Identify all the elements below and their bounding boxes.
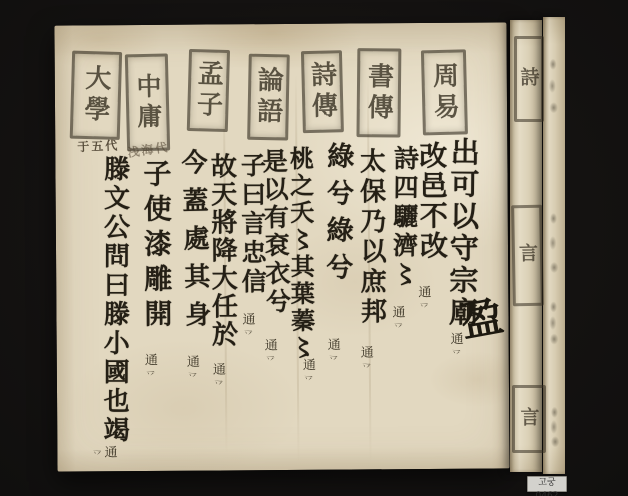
calligraphy-column: 今蓋處其身: [174, 148, 216, 339]
seal-stamp: 論語: [247, 54, 290, 141]
seal-stamp: 孟子: [187, 49, 230, 132]
ink-smudge: [546, 55, 560, 117]
grade-mark-tong: 通乊: [449, 332, 462, 359]
spine-seal-partial: 詩: [514, 36, 544, 122]
grade-flourish: 乊: [301, 373, 314, 386]
seal-stamp: 中庸: [125, 53, 170, 151]
grade-mark-tong: 通乊: [89, 445, 115, 471]
faint-annotation: 于五代: [77, 136, 120, 155]
grade-flourish: 乊: [185, 370, 198, 383]
grade-mark-tong: 通乊: [211, 362, 224, 389]
calligraphy-column: 滕文公問曰滕小國也竭: [96, 155, 134, 445]
museum-photo: 周易 書傳 詩傳 論語 孟子 中庸 大學 于五代 浅海代 出可以守宗廟 改邑不改…: [0, 0, 628, 496]
grade-mark-tong: 通乊: [240, 312, 253, 339]
grade-char: 通: [262, 338, 277, 351]
grade-flourish: 乊: [241, 327, 254, 340]
grade-char: 通: [300, 358, 315, 371]
ink-smudge: [548, 406, 561, 448]
seal-stamp: 大學: [70, 51, 122, 140]
grade-flourish: 乊: [211, 377, 224, 390]
grade-flourish: 乊: [416, 300, 429, 313]
grade-flourish: 乊: [449, 347, 462, 360]
grade-flourish: 乊: [263, 353, 276, 366]
grade-mark-tong: 通乊: [390, 305, 403, 332]
grade-char: 通: [448, 332, 463, 345]
grade-char: 通: [389, 305, 404, 318]
seal-stamp: 詩傳: [301, 50, 344, 133]
grade-char: 通: [325, 338, 340, 351]
ink-smudge: [547, 208, 560, 278]
manuscript-sheet: 周易 書傳 詩傳 論語 孟子 中庸 大學 于五代 浅海代 出可以守宗廟 改邑不改…: [54, 22, 509, 471]
grade-flourish: 乊: [391, 320, 404, 333]
grade-char: 通: [142, 353, 157, 366]
calligraphy-column: 綠兮綠兮: [317, 141, 358, 289]
grade-char: 通: [210, 362, 225, 375]
grade-char: 通: [415, 285, 430, 298]
large-cursive-character: 盈: [455, 283, 507, 350]
calligraphy-column: 太保乃以庶邦: [352, 147, 390, 327]
ink-smudge: [547, 300, 560, 346]
spine-seal-partial: 言: [512, 385, 546, 453]
grade-char: 通: [101, 445, 116, 458]
catalog-number-label: 고궁0462: [527, 476, 567, 492]
grade-char: 通: [358, 345, 373, 358]
grade-mark-tong: 通乊: [326, 338, 339, 365]
grade-mark-tong: 通乊: [185, 355, 198, 382]
seal-stamp: 周易: [421, 49, 468, 135]
grade-char: 通: [239, 312, 254, 325]
grade-flourish: 乊: [359, 360, 372, 373]
grade-flourish: 乊: [326, 353, 339, 366]
grade-mark-tong: 通乊: [359, 345, 372, 372]
spine-seal-partial: 言: [511, 205, 544, 307]
calligraphy-column: 詩四驪濟〻: [385, 145, 423, 290]
seal-stamp: 書傳: [356, 48, 401, 137]
grade-mark-tong: 通乊: [143, 353, 156, 380]
grade-mark-tong: 通乊: [301, 358, 314, 385]
grade-flourish: 乊: [89, 447, 102, 460]
grade-char: 通: [184, 355, 199, 368]
grade-mark-tong: 通乊: [263, 338, 276, 365]
grade-mark-tong: 通乊: [416, 285, 429, 312]
calligraphy-column: 子使漆雕開: [135, 159, 176, 334]
grade-flourish: 乊: [143, 368, 156, 381]
